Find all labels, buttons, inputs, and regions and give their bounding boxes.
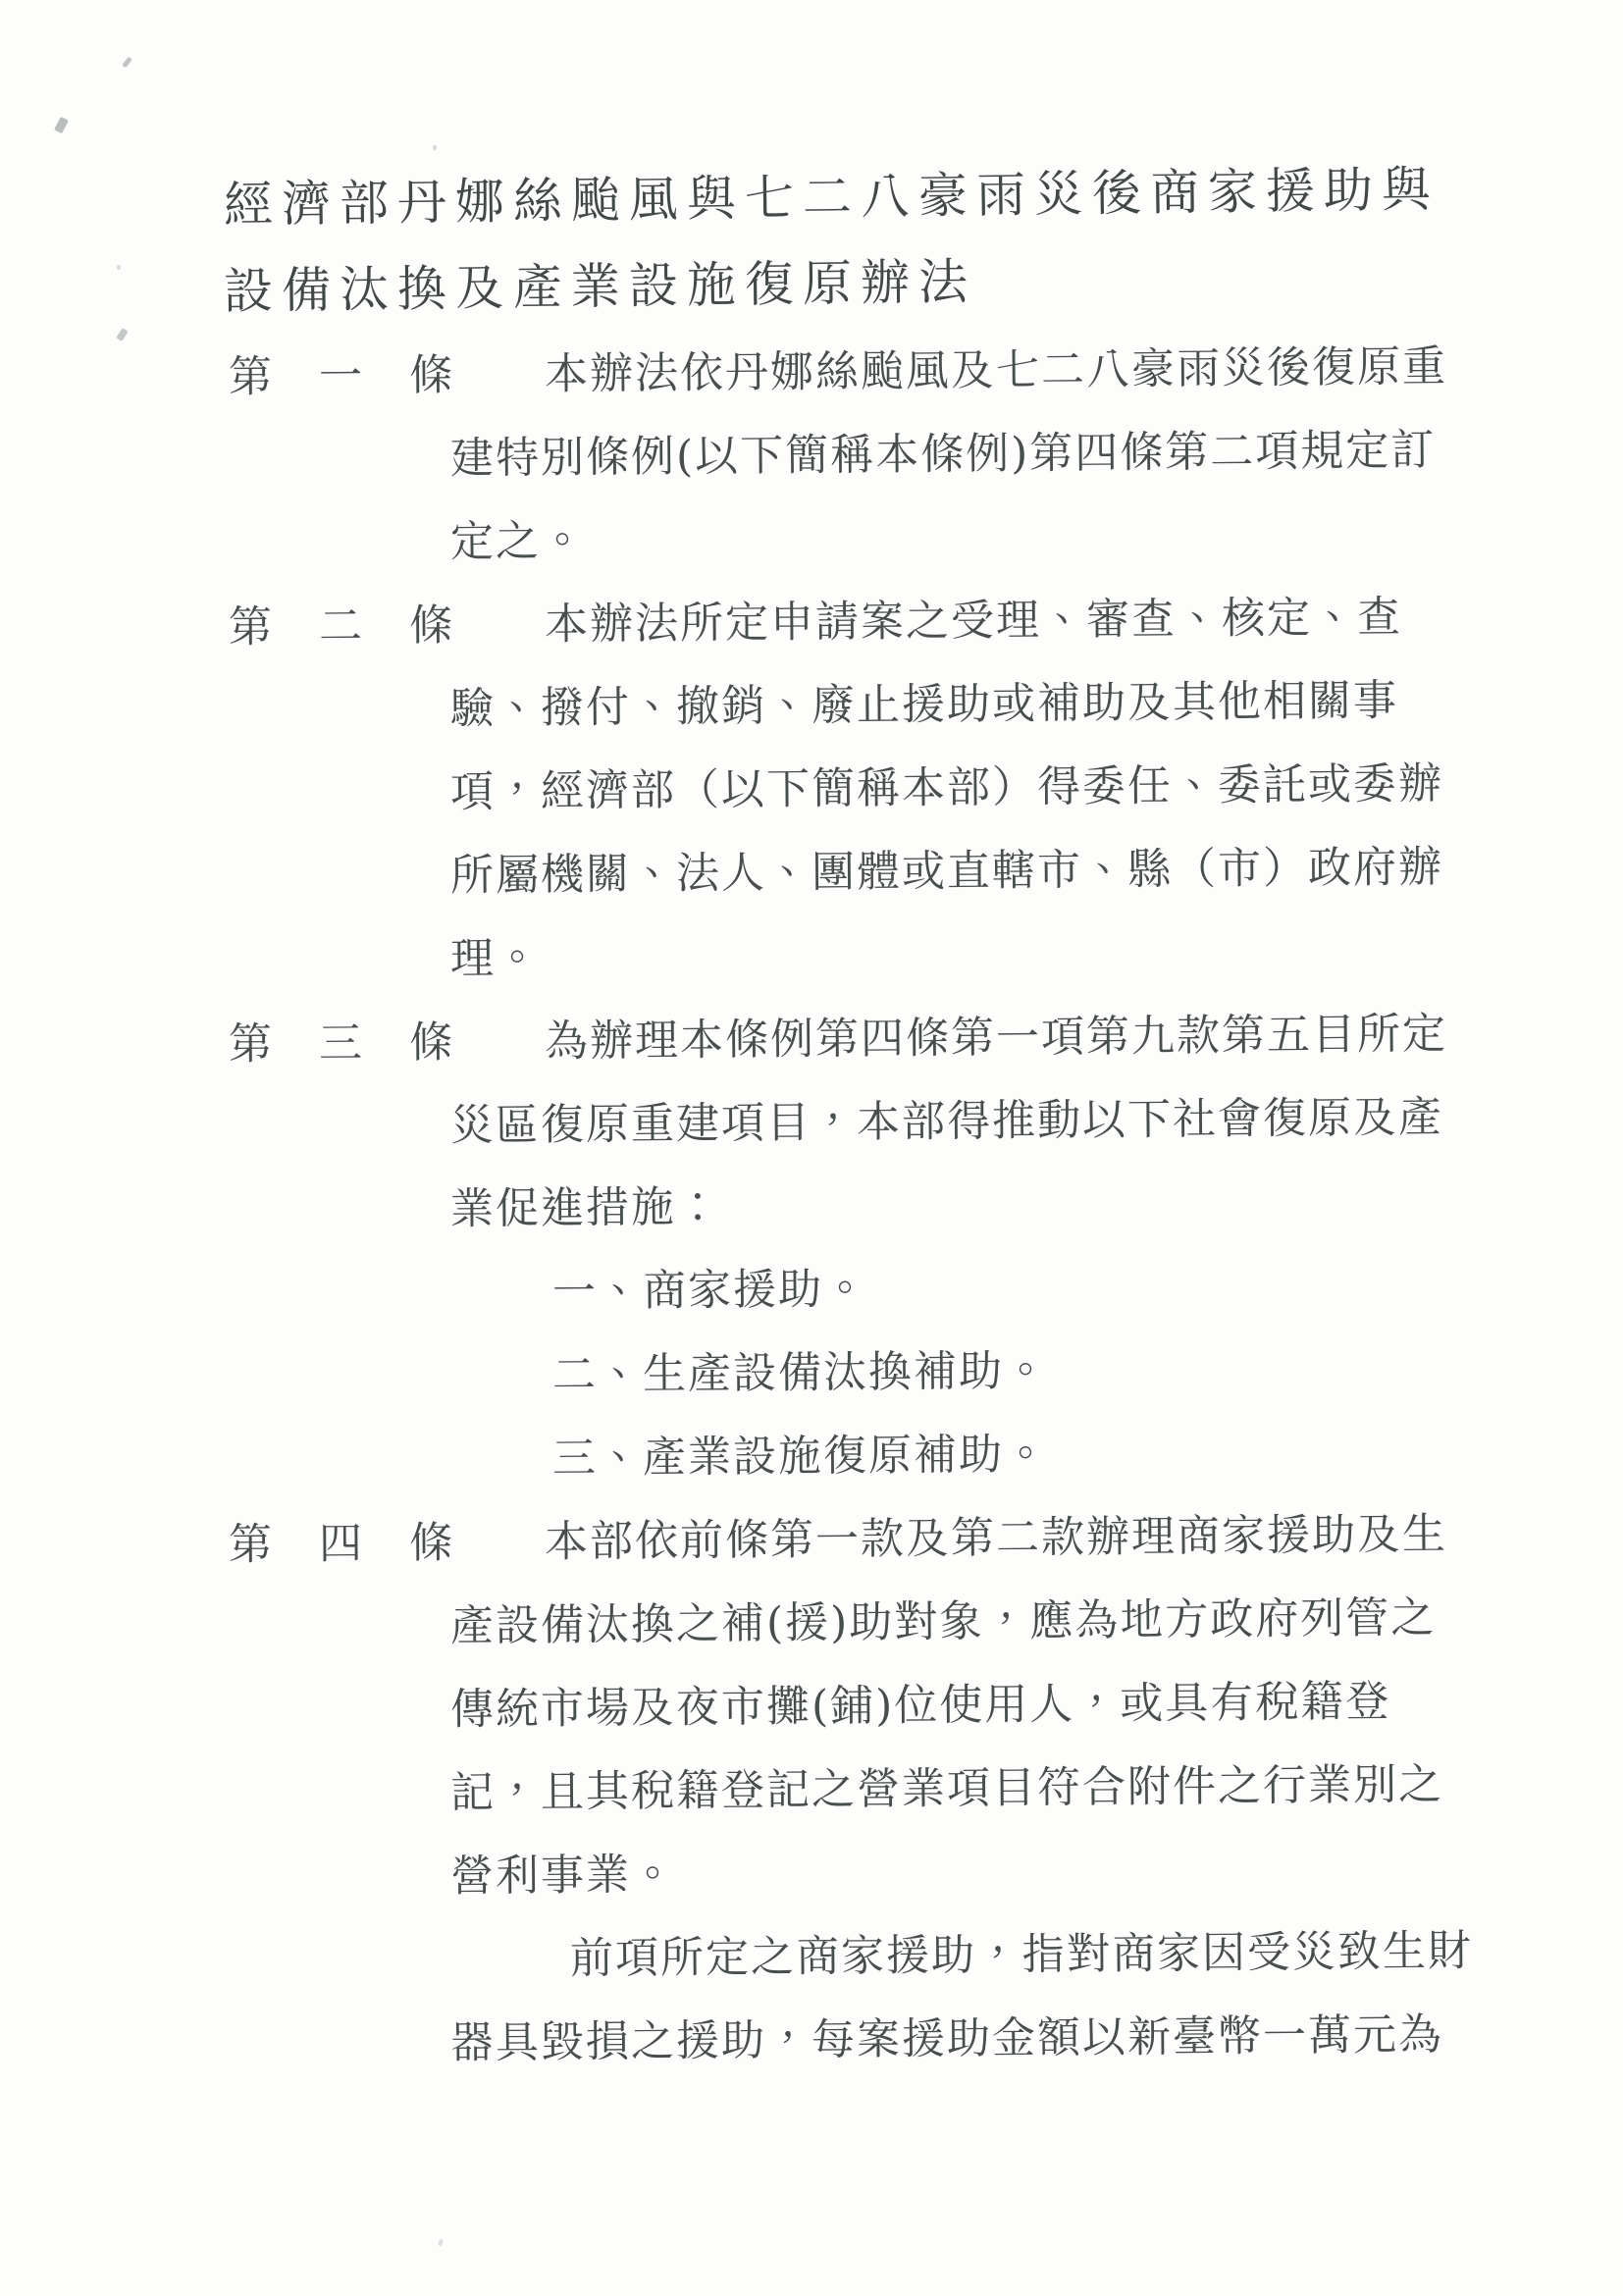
article-3-cont-line: 業促進措施： <box>0 1158 1623 1255</box>
article-4-paragraph-2-cont-line: 器具毀損之援助，每案援助金額以新臺幣一萬元為 <box>0 1992 1623 2089</box>
article-2-cont-line: 所屬機關、法人、團體或直轄市、縣（市）政府辦 <box>0 824 1623 921</box>
article-3-heading-line: 第 三 條為辦理本條例第四條第一項第九款第五目所定 <box>0 991 1623 1088</box>
article-4-cont-line: 產設備汰換之補(援)助對象，應為地方政府列管之 <box>0 1575 1623 1672</box>
article-1-first-line: 本辦法依丹娜絲颱風及七二八豪雨災後復原重 <box>545 341 1447 399</box>
article-2-cont-line: 理。 <box>0 908 1623 1005</box>
article-4-cont-line: 記，且其稅籍登記之營業項目符合附件之行業別之 <box>0 1742 1623 1839</box>
article-3-list-item-3: 三、產業設施復原補助。 <box>0 1408 1623 1505</box>
article-2-first-line: 本辦法所定申請案之受理、審查、核定、查 <box>545 593 1402 651</box>
article-2-cont-line: 項，經濟部（以下簡稱本部）得委任、委託或委辦 <box>0 741 1623 838</box>
article-4-first-line: 本部依前條第一款及第二款辦理商家援助及生 <box>545 1509 1447 1567</box>
article-3-number: 第 三 條 <box>229 1001 455 1086</box>
article-3-first-line: 為辦理本條例第四條第一項第九款第五目所定 <box>545 1009 1447 1067</box>
article-2-cont-line: 驗、撥付、撤銷、廢止援助或補助及其他相關事 <box>0 657 1623 755</box>
article-4-heading-line: 第 四 條本部依前條第一款及第二款辦理商家援助及生 <box>0 1491 1623 1589</box>
article-3-cont-line: 災區復原重建項目，本部得推動以下社會復原及產 <box>0 1074 1623 1172</box>
article-1-cont-line: 定之。 <box>0 491 1623 588</box>
article-1-heading-line: 第 一 條本辦法依丹娜絲颱風及七二八豪雨災後復原重 <box>0 324 1623 421</box>
document-body: 經濟部丹娜絲颱風與七二八豪雨災後商家援助與 設備汰換及產業設施復原辦法 第 一 … <box>0 0 1623 2089</box>
scan-speck <box>438 2239 444 2247</box>
article-3-list-item-2: 二、生產設備汰換補助。 <box>0 1325 1623 1422</box>
article-1-number: 第 一 條 <box>229 334 455 419</box>
scanned-document-page: 經濟部丹娜絲颱風與七二八豪雨災後商家援助與 設備汰換及產業設施復原辦法 第 一 … <box>0 0 1623 2296</box>
article-2-heading-line: 第 二 條本辦法所定申請案之受理、審查、核定、查 <box>0 574 1623 671</box>
article-4-paragraph-2-first-line: 前項所定之商家援助，指對商家因受災致生財 <box>0 1908 1623 2006</box>
article-1-cont-line: 建特別條例(以下簡稱本條例)第四條第二項規定訂 <box>0 407 1623 504</box>
article-4-number: 第 四 條 <box>229 1501 455 1587</box>
article-4-cont-line: 傳統市場及夜市攤(鋪)位使用人，或具有稅籍登 <box>0 1658 1623 1755</box>
article-2-number: 第 二 條 <box>229 584 455 669</box>
article-4-cont-line: 營利事業。 <box>0 1825 1623 1922</box>
article-3-list-item-1: 一、商家援助。 <box>0 1241 1623 1338</box>
